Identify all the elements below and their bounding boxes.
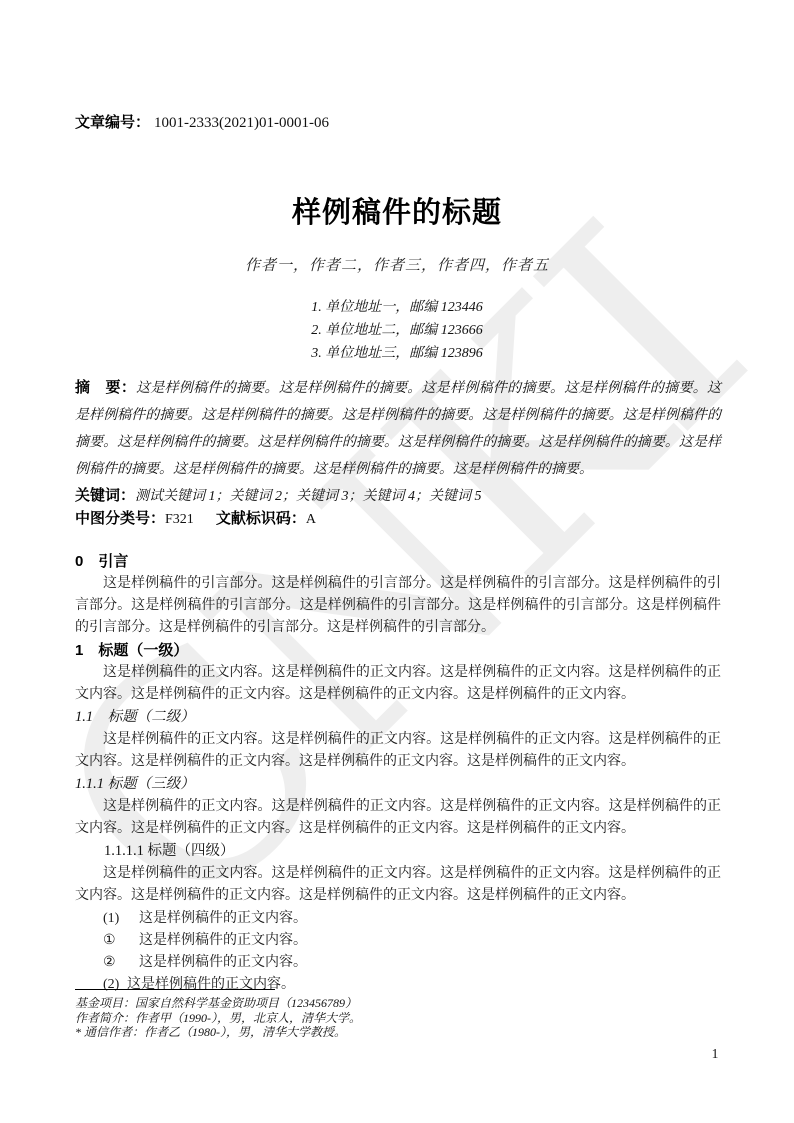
document-page: CNKI 文章编号：1001-2333(2021)01-0001-06 样例稿件… [0, 0, 794, 1123]
page-title: 样例稿件的标题 [0, 190, 794, 231]
article-body: 0 引言 这是样例稿件的引言部分。这是样例稿件的引言部分。这是样例稿件的引言部分… [75, 550, 721, 996]
section-paragraph: 这是样例稿件的引言部分。这是样例稿件的引言部分。这是样例稿件的引言部分。这是样例… [75, 573, 721, 639]
page-number: 1 [690, 1046, 740, 1062]
affiliation-line: 1. 单位地址一，邮编 123446 [0, 296, 794, 319]
list-item-text: 这是样例稿件的正文内容。 [139, 933, 307, 948]
list-item: ①这是样例稿件的正文内容。 [75, 930, 721, 952]
section-heading-level4: 1.1.1.1 标题（四级） [75, 840, 721, 863]
clc-value: F321 [165, 512, 194, 527]
section-heading-level3: 1.1.1 标题（三级） [75, 773, 721, 796]
abstract-label: 摘 要： [75, 379, 136, 396]
article-number-value: 1001-2333(2021)01-0001-06 [154, 115, 329, 131]
list-item-marker: (1) [103, 908, 139, 930]
list-item: ②这是样例稿件的正文内容。 [75, 952, 721, 974]
section-heading-intro: 0 引言 [75, 550, 721, 573]
keywords-label: 关键词： [75, 487, 135, 504]
article-number-line: 文章编号：1001-2333(2021)01-0001-06 [75, 111, 329, 132]
footnote-author-bio: 作者简介：作者甲（1990-），男，北京人，清华大学。 [75, 1011, 721, 1026]
list-item: (1)这是样例稿件的正文内容。 [75, 908, 721, 930]
footnote-block: 基金项目：国家自然科学基金资助项目（123456789） 作者简介：作者甲（19… [75, 989, 721, 1040]
abstract-paragraph: 摘 要：这是样例稿件的摘要。这是样例稿件的摘要。这是样例稿件的摘要。这是样例稿件… [75, 374, 721, 483]
clc-label: 中图分类号： [75, 510, 165, 527]
abstract-text: 这是样例稿件的摘要。这是样例稿件的摘要。这是样例稿件的摘要。这是样例稿件的摘要。… [75, 381, 721, 477]
classification-line: 中图分类号：F321文献标识码：A [75, 508, 721, 531]
front-matter: 摘 要：这是样例稿件的摘要。这是样例稿件的摘要。这是样例稿件的摘要。这是样例稿件… [75, 374, 721, 531]
footnote-fund: 基金项目：国家自然科学基金资助项目（123456789） [75, 996, 721, 1011]
list-item-text: 这是样例稿件的正文内容。 [139, 911, 307, 926]
list-item-marker: ① [103, 930, 139, 952]
list-item-text: 这是样例稿件的正文内容。 [139, 955, 307, 970]
footnote-corresponding-author: * 通信作者：作者乙（1980-），男，清华大学教授。 [75, 1025, 721, 1040]
section-paragraph: 这是样例稿件的正文内容。这是样例稿件的正文内容。这是样例稿件的正文内容。这是样例… [75, 796, 721, 840]
keywords-text: 测试关键词 1；关键词 2；关键词 3；关键词 4；关键词 5 [135, 489, 482, 504]
section-paragraph: 这是样例稿件的正文内容。这是样例稿件的正文内容。这是样例稿件的正文内容。这是样例… [75, 662, 721, 706]
footnote-divider [75, 989, 275, 990]
affiliations-block: 1. 单位地址一，邮编 123446 2. 单位地址二，邮编 123666 3.… [0, 296, 794, 365]
article-number-label: 文章编号： [75, 114, 150, 131]
section-paragraph: 这是样例稿件的正文内容。这是样例稿件的正文内容。这是样例稿件的正文内容。这是样例… [75, 729, 721, 773]
affiliation-line: 3. 单位地址三，邮编 123896 [0, 342, 794, 365]
numbered-list: (1)这是样例稿件的正文内容。 ①这是样例稿件的正文内容。 ②这是样例稿件的正文… [75, 908, 721, 996]
section-heading-level1: 1 标题（一级） [75, 639, 721, 662]
doc-code-label: 文献标识码： [216, 510, 306, 527]
doc-code-value: A [306, 512, 316, 527]
list-item-marker: ② [103, 952, 139, 974]
keywords-line: 关键词：测试关键词 1；关键词 2；关键词 3；关键词 4；关键词 5 [75, 485, 721, 508]
section-paragraph: 这是样例稿件的正文内容。这是样例稿件的正文内容。这是样例稿件的正文内容。这是样例… [75, 863, 721, 907]
authors-line: 作者一，作者二，作者三，作者四，作者五 [0, 254, 794, 275]
section-heading-level2: 1.1 标题（二级） [75, 706, 721, 729]
affiliation-line: 2. 单位地址二，邮编 123666 [0, 319, 794, 342]
